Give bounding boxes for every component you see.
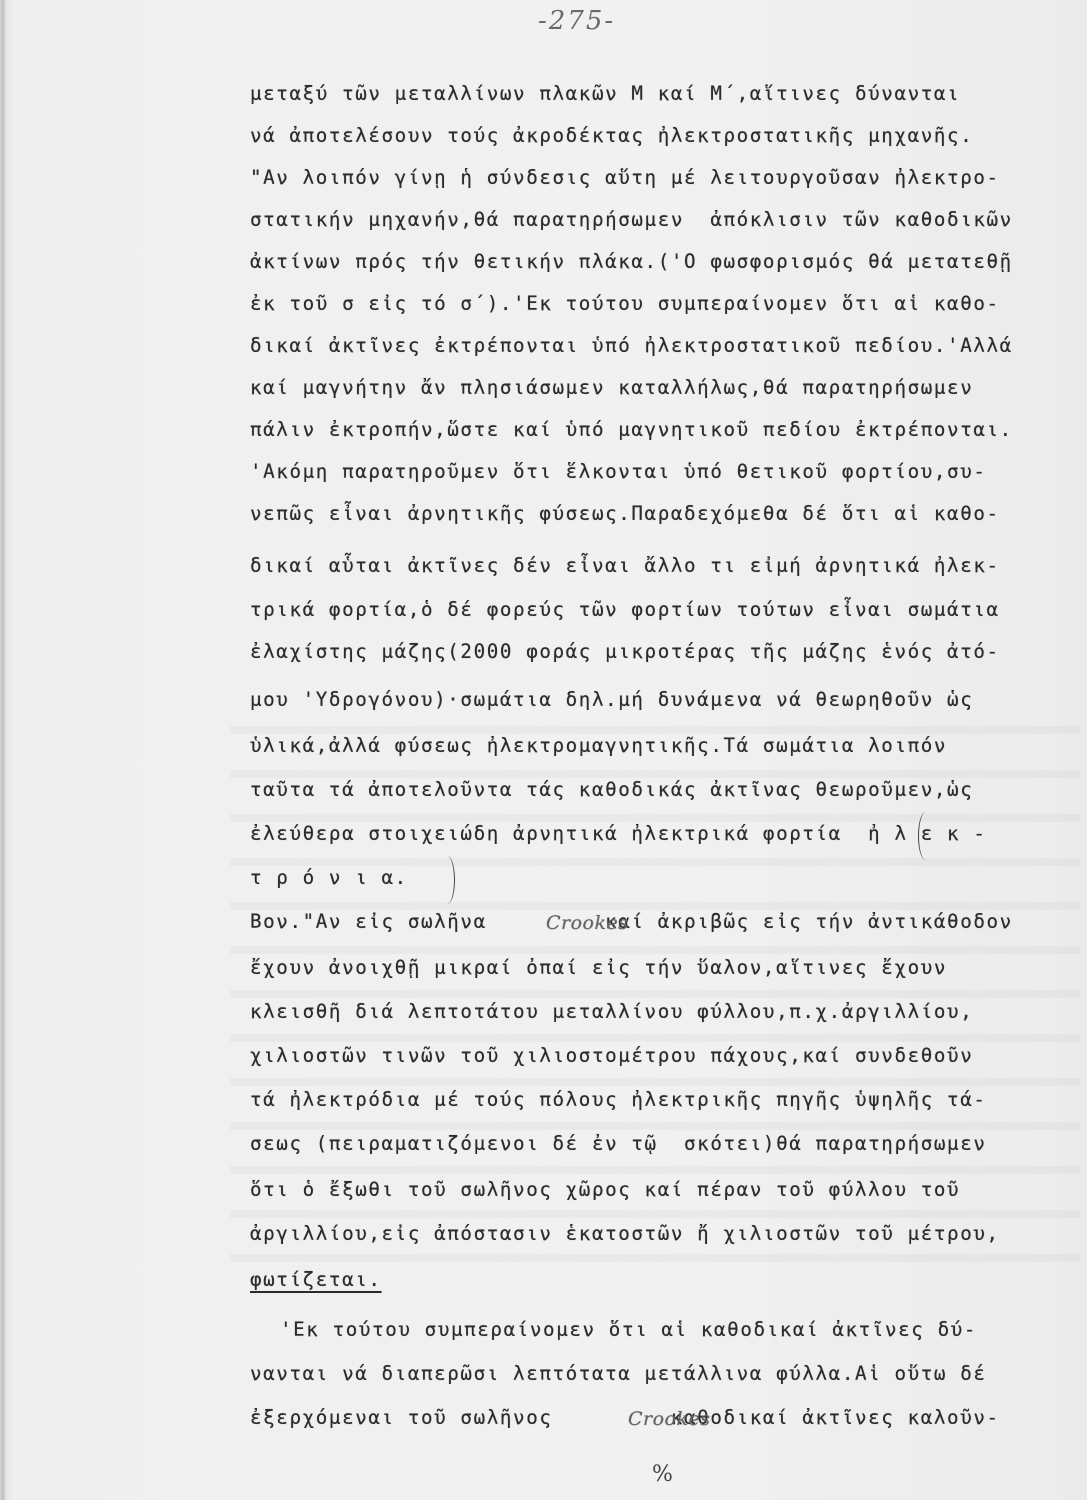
text-line: σεως (πειραματιζόμενοι δέ ἐν τῷ σκότει)θ… [250,1132,987,1155]
text-line: μεταξύ τῶν μεταλλίνων πλακῶν Μ καί Μ΄,αἵ… [250,82,960,105]
text-line: νά ἀποτελέσουν τούς ἀκροδέκτας ἠλεκτροστ… [250,124,973,147]
text-line: τά ἠλεκτρόδια μέ τούς πόλους ἠλεκτρικῆς … [250,1088,987,1111]
text-line: νεπῶς εἶναι ἀρνητικῆς φύσεως.Παραδεχόμεθ… [250,502,1000,525]
text-line: ἐκ τοῦ σ εἰς τό σ΄).'Εκ τούτου συμπεραίν… [250,292,1000,315]
text-line: ἐλεύθερα στοιχειώδη ἀρνητικά ἠλεκτρικά φ… [250,822,987,845]
text-line: "Αν λοιπόν γίνῃ ἡ σύνδεσις αὕτη μέ λειτο… [250,166,1000,189]
text-line: τρικά φορτία,ὁ δέ φορεύς τῶν φορτίων τού… [250,598,1000,621]
handwritten-open-bracket [918,812,933,860]
text-line: ταῦτα τά ἀποτελοῦντα τάς καθοδικάς ἀκτῖν… [250,778,973,801]
text-line: στατικήν μηχανήν,θά παρατηρήσωμεν ἀπόκλι… [250,208,1013,231]
text-line: δικαί αὗται ἀκτῖνες δέν εἶναι ἄλλο τι εἰ… [250,554,1000,577]
handwritten-close-bracket [440,856,455,904]
text-line: 'Εκ τούτου συμπεραίνομεν ὅτι αἱ καθοδικα… [280,1318,977,1341]
text-line-underlined: φωτίζεται. [250,1268,382,1291]
text-line: ἐξερχόμεναι τοῦ σωλῆνος καθοδικαί ἀκτῖνε… [250,1406,1000,1429]
text-line: μου 'Υδρογόνου)·σωμάτια δηλ.μή δυνάμενα … [250,688,973,711]
handwritten-insertion: Crookes [546,912,629,934]
handwritten-insertion: Crookes [628,1408,711,1430]
text-line: κλεισθῆ διά λεπτοτάτου μεταλλίνου φύλλου… [250,1000,973,1023]
text-line: Βον."Αν εἰς σωλῆνα καί ἀκριβῶς εἰς τήν ἀ… [250,910,1013,933]
page-number: -275- [538,6,615,36]
text-line: ἀκτίνων πρός τήν θετικήν πλάκα.('Ο φωσφο… [250,250,1013,273]
text-line: ἀργιλλίου,εἰς ἀπόστασιν ἑκατοστῶν ἤ χιλι… [250,1222,1000,1245]
text-line: ἔχουν ἀνοιχθῇ μικραί ὀπαί εἰς τήν ὕαλον,… [250,956,947,979]
text-line: νανται νά διαπερῶσι λεπτότατα μετάλλινα … [250,1362,987,1385]
text-line: χιλιοστῶν τινῶν τοῦ χιλιοστομέτρου πάχου… [250,1044,973,1067]
text-line: ὅτι ὁ ἔξωθι τοῦ σωλῆνος χῶρος καί πέραν … [250,1178,960,1201]
text-line: 'Ακόμη παρατηροῦμεν ὅτι ἕλκονται ὑπό θετ… [250,460,987,483]
text-line: δικαί ἀκτῖνες ἐκτρέπονται ὑπό ἠλεκτροστα… [250,334,1013,357]
scanned-page: -275- μεταξύ τῶν μεταλλίνων πλακῶν Μ καί… [0,0,1087,1500]
text-line: πάλιν ἐκτροπήν,ὥστε καί ὑπό μαγνητικοῦ π… [250,418,1013,441]
text-line: ὑλικά,ἀλλά φύσεως ἠλεκτρομαγνητικῆς.Τά σ… [250,734,947,757]
footer-mark: % [652,1462,673,1487]
text-line: καί μαγνήτην ἄν πλησιάσωμεν καταλλήλως,θ… [250,376,973,399]
text-line: ἐλαχίστης μάζης(2000 φοράς μικροτέρας τῆ… [250,640,1000,663]
text-line: τ ρ ό ν ι α. [250,866,408,889]
